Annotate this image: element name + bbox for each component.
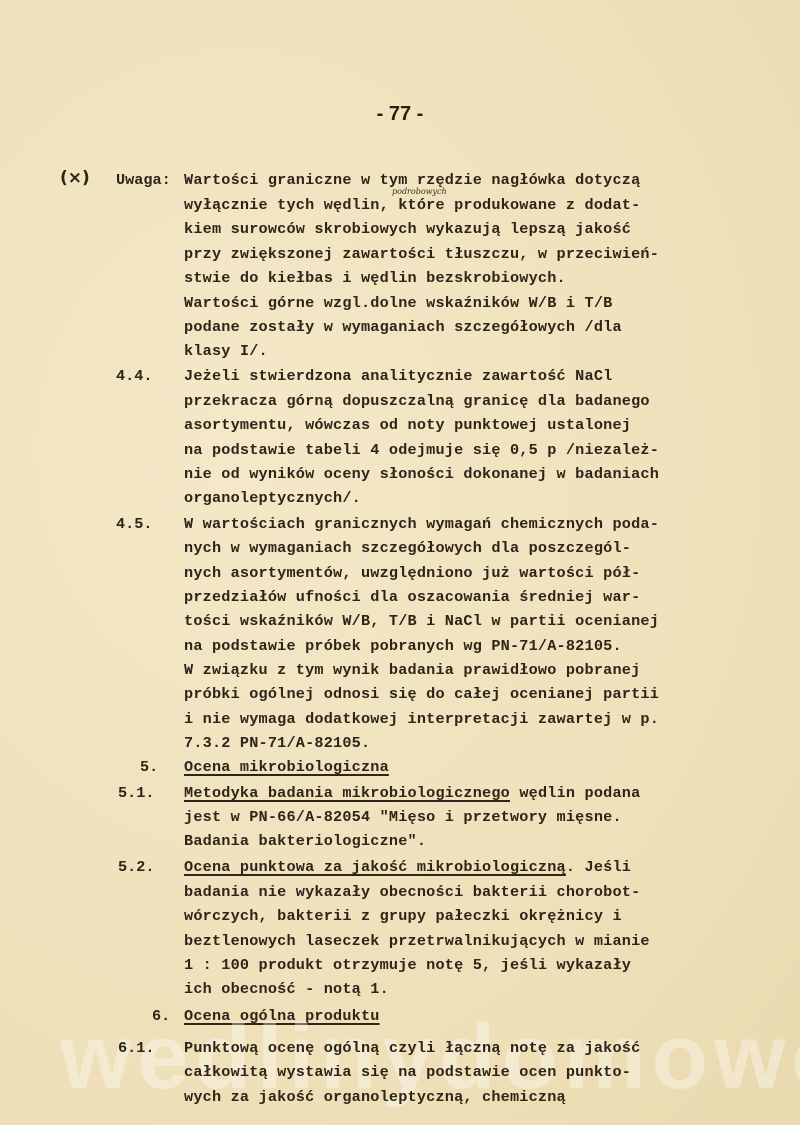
- section-line: ich obecność - notą 1.: [184, 979, 389, 999]
- section-number: 4.4.: [116, 366, 152, 386]
- section-line: i nie wymaga dodatkowej interpretacji za…: [184, 709, 659, 729]
- section-line: na podstawie próbek pobranych wg PN-71/A…: [184, 636, 622, 656]
- note-line: wyłącznie tych wędlin, które produkowane…: [184, 195, 640, 215]
- section-line: W związku z tym wynik badania prawidłowo…: [184, 660, 640, 680]
- section-line: całkowitą wystawia się na podstawie ocen…: [184, 1062, 631, 1082]
- section-line: nych asortymentów, uwzględniono już wart…: [184, 563, 640, 583]
- section-line: wych za jakość organoleptyczną, chemiczn…: [184, 1087, 566, 1107]
- margin-marker: (×): [60, 168, 90, 188]
- section-number: 5.1.: [118, 783, 154, 803]
- section-line: tości wskaźników W/B, T/B i NaCl w parti…: [184, 611, 659, 631]
- section-line: 1 : 100 produkt otrzymuje notę 5, jeśli …: [184, 955, 631, 975]
- section-line: Punktową ocenę ogólną czyli łączną notę …: [184, 1038, 640, 1058]
- note-line: Wartości graniczne w tym rzędzie nagłówk…: [184, 170, 640, 190]
- section-heading: Ocena ogólna produktu: [184, 1006, 380, 1026]
- section-line: nie od wyników oceny słoności dokonanej …: [184, 464, 659, 484]
- note-label: Uwaga:: [116, 170, 171, 190]
- section-number: 5.2.: [118, 857, 154, 877]
- section-first-line: Metodyka badania mikrobiologicznego wędl…: [184, 783, 640, 803]
- section-line: asortymentu, wówczas od noty punktowej u…: [184, 415, 631, 435]
- section-line: organoleptycznych/.: [184, 488, 361, 508]
- page-number: - 77 -: [0, 103, 800, 126]
- section-line: Badania bakteriologiczne".: [184, 831, 426, 851]
- note-line: przy zwiększonej zawartości tłuszczu, w …: [184, 244, 659, 264]
- section-line: Jeżeli stwierdzona analitycznie zawartoś…: [184, 366, 612, 386]
- section-line: próbki ogólnej odnosi się do całej oceni…: [184, 684, 659, 704]
- underlined-lead: Metodyka badania mikrobiologicznego: [184, 784, 510, 802]
- note-line: klasy I/.: [184, 341, 268, 361]
- note-line: podane zostały w wymaganiach szczegółowy…: [184, 317, 622, 337]
- section-line: wórczych, bakterii z grupy pałeczki okrę…: [184, 906, 622, 926]
- section-heading: Ocena mikrobiologiczna: [184, 757, 389, 777]
- section-number: 6.1.: [118, 1038, 154, 1058]
- note-line: stwie do kiełbas i wędlin bezskrobiowych…: [184, 268, 566, 288]
- section-number: 6.: [152, 1006, 170, 1026]
- section-line: 7.3.2 PN-71/A-82105.: [184, 733, 370, 753]
- first-line-rest: wędlin podana: [510, 784, 640, 802]
- section-line: na podstawie tabeli 4 odejmuje się 0,5 p…: [184, 440, 659, 460]
- section-line: W wartościach granicznych wymagań chemic…: [184, 514, 659, 534]
- note-line: Wartości górne wzgl.dolne wskaźników W/B…: [184, 293, 612, 313]
- section-line: jest w PN-66/A-82054 "Mięso i przetwory …: [184, 807, 622, 827]
- section-line: przedziałów ufności dla oszacowania śred…: [184, 587, 640, 607]
- section-line: badania nie wykazały obecności bakterii …: [184, 882, 640, 902]
- note-line: kiem surowców skrobiowych wykazują lepsz…: [184, 219, 631, 239]
- section-line: przekracza górną dopuszczalną granicę dl…: [184, 391, 650, 411]
- section-first-line: Ocena punktowa za jakość mikrobiologiczn…: [184, 857, 631, 877]
- section-number: 5.: [140, 757, 158, 777]
- section-number: 4.5.: [116, 514, 152, 534]
- section-line: beztlenowych laseczek przetrwalnikującyc…: [184, 931, 650, 951]
- first-line-rest: . Jeśli: [566, 858, 631, 876]
- section-line: nych w wymaganiach szczegółowych dla pos…: [184, 538, 631, 558]
- underlined-lead: Ocena punktowa za jakość mikrobiologiczn…: [184, 858, 566, 876]
